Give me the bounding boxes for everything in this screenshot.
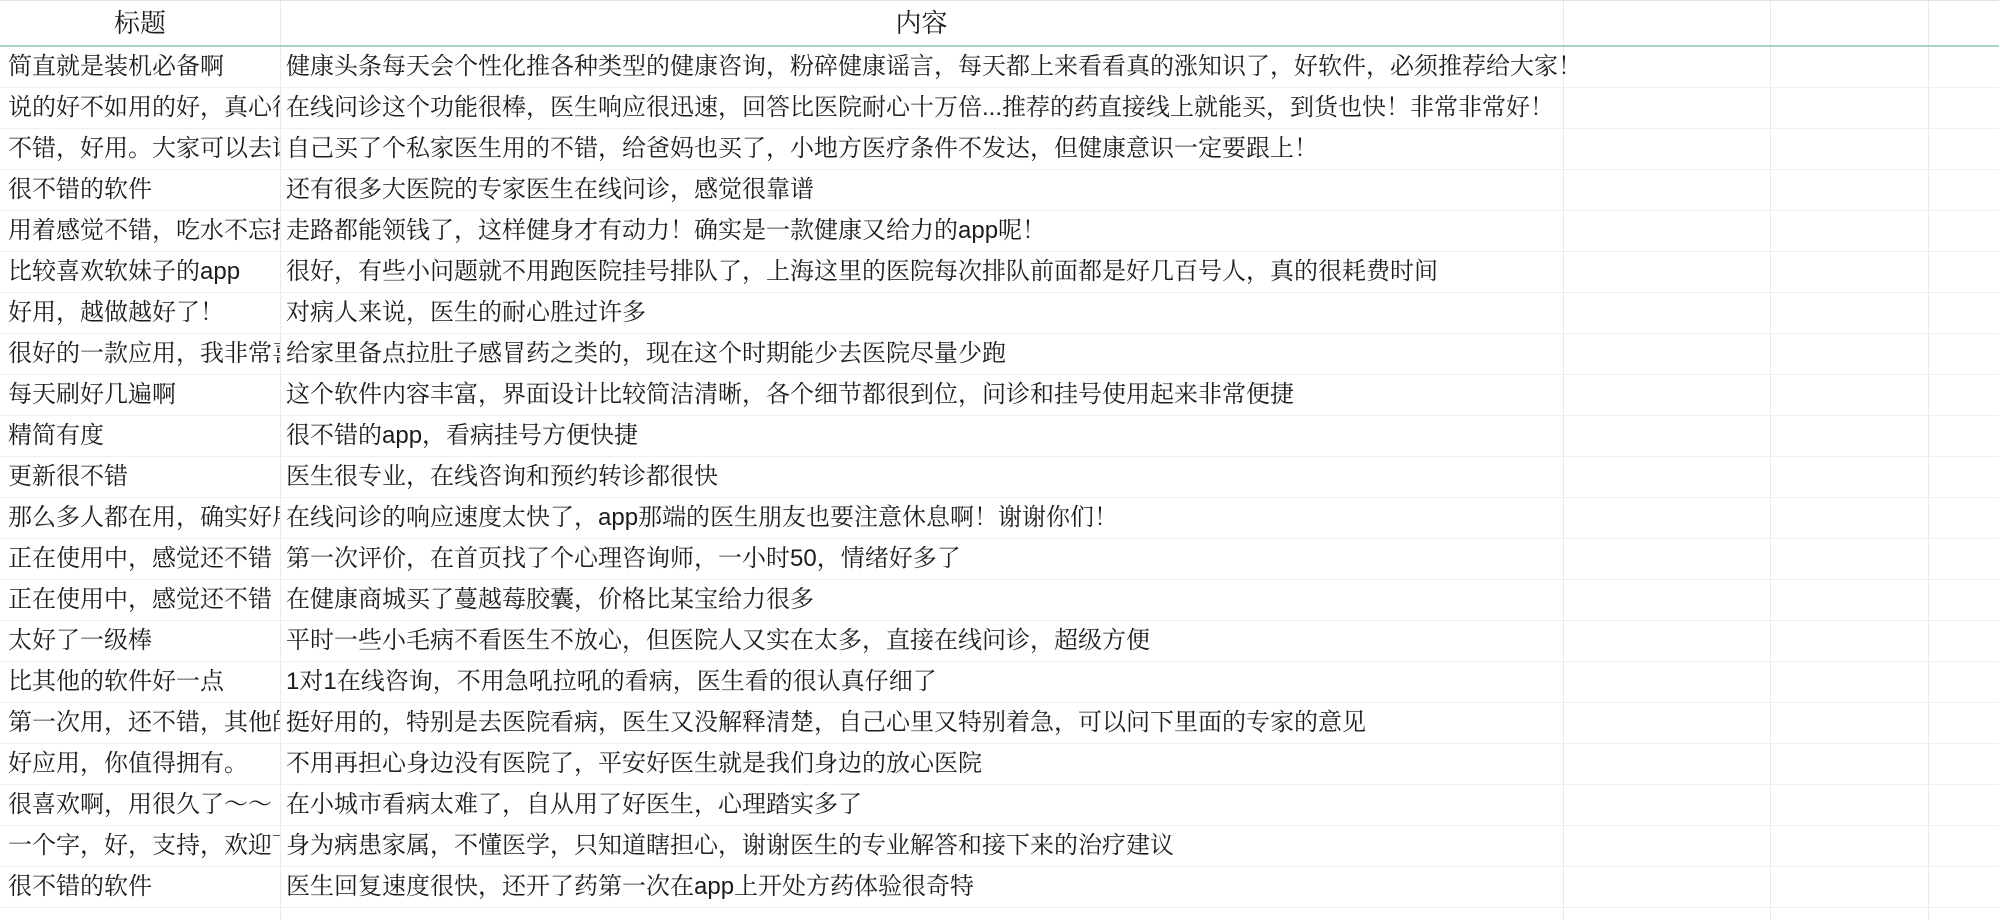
content-cell[interactable]: 对病人来说，医生的耐心胜过许多 <box>280 293 1999 333</box>
table-row: 用着感觉不错，吃水不忘挖井人走路都能领钱了，这样健身才有动力！确实是一款健康又给… <box>0 211 1999 252</box>
header-row: 标题 内容 <box>0 1 1999 47</box>
title-cell[interactable]: 精简有度 <box>0 416 280 456</box>
title-cell[interactable]: 那么多人都在用，确实好用 <box>0 498 280 538</box>
table-row: 比其他的软件好一点1对1在线咨询，不用急吼拉吼的看病，医生看的很认真仔细了 <box>0 662 1999 703</box>
title-column-header[interactable]: 标题 <box>0 1 280 45</box>
table-row: 不错，好用。大家可以去试试自己买了个私家医生用的不错，给爸妈也买了，小地方医疗条… <box>0 129 1999 170</box>
title-cell[interactable]: 好用，越做越好了！ <box>0 293 280 333</box>
table-row: 比较喜欢软妹子的app很好，有些小问题就不用跑医院挂号排队了，上海这里的医院每次… <box>0 252 1999 293</box>
content-cell[interactable]: 挺好用的，特别是去医院看病，医生又没解释清楚，自己心里又特别着急，可以问下里面的… <box>280 703 1999 743</box>
content-cell[interactable]: 健康头条每天会个性化推各种类型的健康咨询，粉碎健康谣言，每天都上来看看真的涨知识… <box>280 47 1999 87</box>
table-row: 太好了一级棒平时一些小毛病不看医生不放心，但医院人又实在太多，直接在线问诊，超级… <box>0 621 1999 662</box>
content-cell[interactable]: 第一次评价，在首页找了个心理咨询师，一小时50，情绪好多了 <box>280 539 1999 579</box>
title-cell[interactable]: 比其他的软件好一点 <box>0 662 280 702</box>
table-row: 说的好不如用的好，真心很好用在线问诊这个功能很棒，医生响应很迅速，回答比医院耐心… <box>0 88 1999 129</box>
title-cell[interactable]: 很不错的软件 <box>0 170 280 210</box>
table-row: 很不错的软件医生回复速度很快，还开了药第一次在app上开处方药体验很奇特 <box>0 867 1999 908</box>
table-row: 好应用，你值得拥有。不用再担心身边没有医院了，平安好医生就是我们身边的放心医院 <box>0 744 1999 785</box>
content-cell[interactable]: 很不错的app，看病挂号方便快捷 <box>280 416 1999 456</box>
content-cell[interactable]: 给家里备点拉肚子感冒药之类的，现在这个时期能少去医院尽量少跑 <box>280 334 1999 374</box>
title-cell[interactable]: 说的好不如用的好，真心很好用 <box>0 88 280 128</box>
content-cell[interactable]: 很好，有些小问题就不用跑医院挂号排队了，上海这里的医院每次排队前面都是好几百号人… <box>280 252 1999 292</box>
title-cell[interactable]: 第一次用，还不错，其他的没用过 <box>0 703 280 743</box>
table-row: 很好的一款应用，我非常喜欢给家里备点拉肚子感冒药之类的，现在这个时期能少去医院尽… <box>0 334 1999 375</box>
table-row: 更新很不错医生很专业，在线咨询和预约转诊都很快 <box>0 457 1999 498</box>
table-row: 很不错的软件还有很多大医院的专家医生在线问诊，感觉很靠谱 <box>0 170 1999 211</box>
content-cell[interactable]: 平时一些小毛病不看医生不放心，但医院人又实在太多，直接在线问诊，超级方便 <box>280 621 1999 661</box>
content-cell[interactable]: 医生回复速度很快，还开了药第一次在app上开处方药体验很奇特 <box>280 867 1999 907</box>
title-cell[interactable]: 比较喜欢软妹子的app <box>0 252 280 292</box>
content-cell[interactable]: 在小城市看病太难了，自从用了好医生，心理踏实多了 <box>280 785 1999 825</box>
content-cell[interactable]: 不用再担心身边没有医院了，平安好医生就是我们身边的放心医院 <box>280 744 1999 784</box>
table-row: 简直就是装机必备啊健康头条每天会个性化推各种类型的健康咨询，粉碎健康谣言，每天都… <box>0 47 1999 88</box>
table-row: 很喜欢啊，用很久了～～在小城市看病太难了，自从用了好医生，心理踏实多了 <box>0 785 1999 826</box>
table-row: 精简有度很不错的app，看病挂号方便快捷 <box>0 416 1999 457</box>
content-cell[interactable]: 1对1在线咨询，不用急吼拉吼的看病，医生看的很认真仔细了 <box>280 662 1999 702</box>
title-cell[interactable]: 正在使用中，感觉还不错 <box>0 580 280 620</box>
content-cell[interactable]: 还有很多大医院的专家医生在线问诊，感觉很靠谱 <box>280 170 1999 210</box>
content-cell[interactable]: 这个软件内容丰富，界面设计比较简洁清晰，各个细节都很到位，问诊和挂号使用起来非常… <box>280 375 1999 415</box>
content-cell[interactable]: 在健康商城买了蔓越莓胶囊，价格比某宝给力很多 <box>280 580 1999 620</box>
title-cell[interactable]: 用着感觉不错，吃水不忘挖井人 <box>0 211 280 251</box>
content-cell[interactable]: 医生很专业，在线咨询和预约转诊都很快 <box>280 457 1999 497</box>
content-column-header[interactable]: 内容 <box>280 1 1563 45</box>
spreadsheet: 标题 内容 简直就是装机必备啊健康头条每天会个性化推各种类型的健康咨询，粉碎健康… <box>0 0 1999 920</box>
title-cell[interactable]: 更新很不错 <box>0 457 280 497</box>
title-cell[interactable]: 很喜欢啊，用很久了～～ <box>0 785 280 825</box>
title-cell[interactable]: 每天刷好几遍啊 <box>0 375 280 415</box>
table-row: 第一次用，还不错，其他的没用过挺好用的，特别是去医院看病，医生又没解释清楚，自己… <box>0 703 1999 744</box>
table-row: 正在使用中，感觉还不错在健康商城买了蔓越莓胶囊，价格比某宝给力很多 <box>0 580 1999 621</box>
title-cell[interactable]: 太好了一级棒 <box>0 621 280 661</box>
table-row: 好用，越做越好了！对病人来说，医生的耐心胜过许多 <box>0 293 1999 334</box>
content-cell[interactable]: 在线问诊的响应速度太快了，app那端的医生朋友也要注意休息啊！谢谢你们！ <box>280 498 1999 538</box>
title-cell[interactable]: 正在使用中，感觉还不错 <box>0 539 280 579</box>
content-cell[interactable]: 身为病患家属，不懂医学，只知道瞎担心，谢谢医生的专业解答和接下来的治疗建议 <box>280 826 1999 866</box>
title-cell[interactable]: 很好的一款应用，我非常喜欢 <box>0 334 280 374</box>
title-cell[interactable]: 不错，好用。大家可以去试试 <box>0 129 280 169</box>
content-cell[interactable]: 走路都能领钱了，这样健身才有动力！确实是一款健康又给力的app呢！ <box>280 211 1999 251</box>
title-cell[interactable]: 好应用，你值得拥有。 <box>0 744 280 784</box>
title-cell[interactable]: 一个字，好，支持，欢迎下载 <box>0 826 280 866</box>
table-row: 一个字，好，支持，欢迎下载身为病患家属，不懂医学，只知道瞎担心，谢谢医生的专业解… <box>0 826 1999 867</box>
table-row: 那么多人都在用，确实好用在线问诊的响应速度太快了，app那端的医生朋友也要注意休… <box>0 498 1999 539</box>
table-row: 正在使用中，感觉还不错第一次评价，在首页找了个心理咨询师，一小时50，情绪好多了 <box>0 539 1999 580</box>
content-cell[interactable]: 在线问诊这个功能很棒，医生响应很迅速，回答比医院耐心十万倍...推荐的药直接线上… <box>280 88 1999 128</box>
content-cell[interactable]: 自己买了个私家医生用的不错，给爸妈也买了，小地方医疗条件不发达，但健康意识一定要… <box>280 129 1999 169</box>
table-row: 每天刷好几遍啊这个软件内容丰富，界面设计比较简洁清晰，各个细节都很到位，问诊和挂… <box>0 375 1999 416</box>
title-cell[interactable]: 很不错的软件 <box>0 867 280 907</box>
title-cell[interactable]: 简直就是装机必备啊 <box>0 47 280 87</box>
table-body: 简直就是装机必备啊健康头条每天会个性化推各种类型的健康咨询，粉碎健康谣言，每天都… <box>0 47 1999 908</box>
